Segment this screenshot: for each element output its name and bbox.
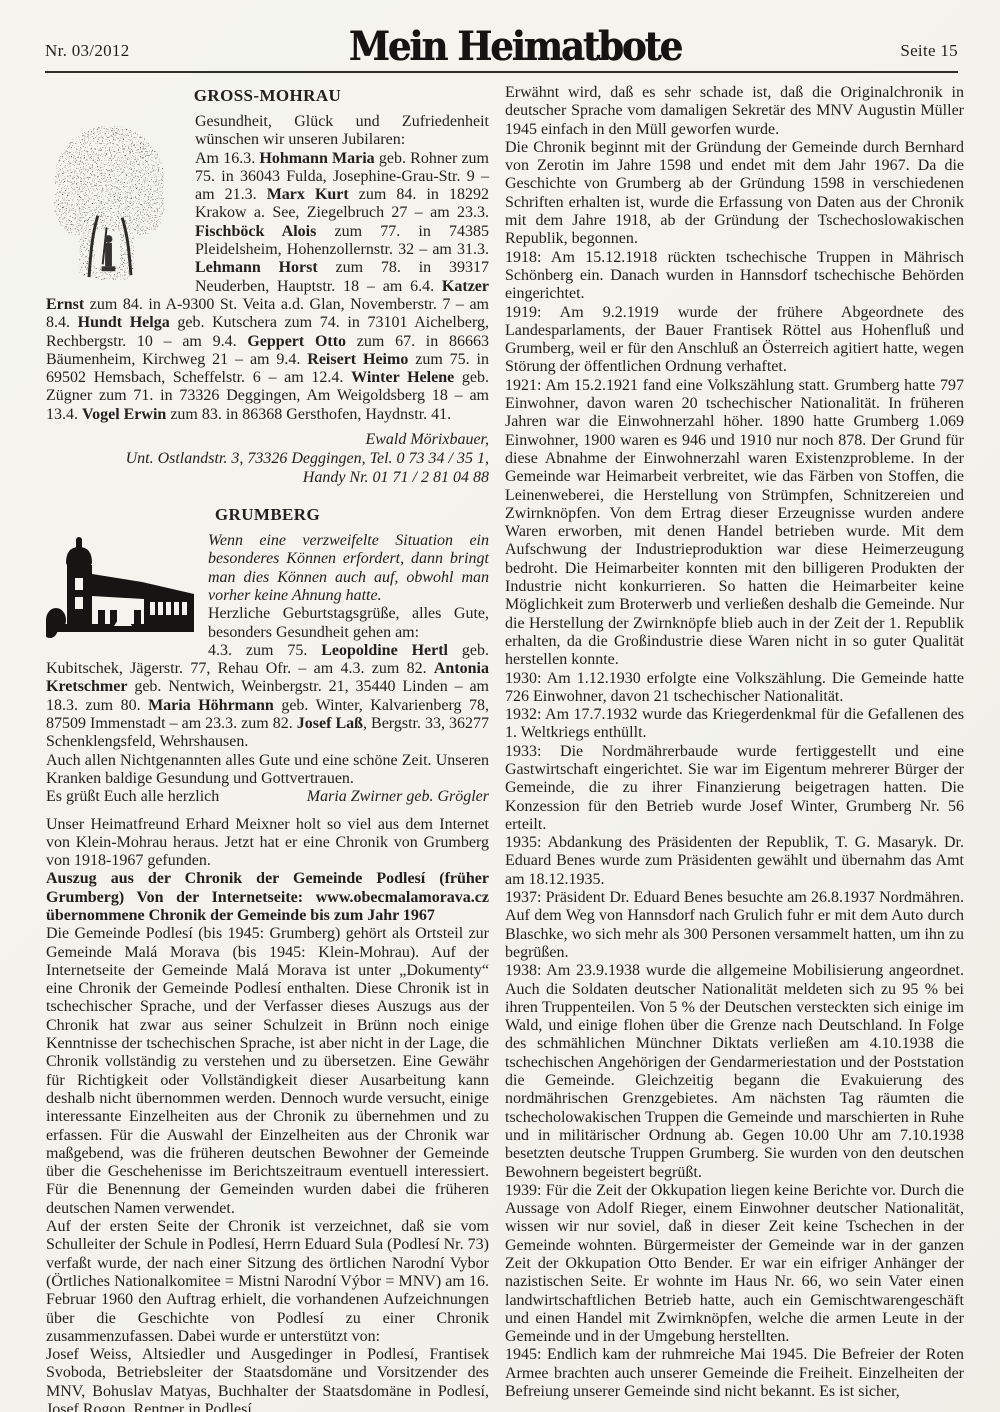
issue-number: Nr. 03/2012 bbox=[45, 41, 130, 63]
chronik-paragraph: Josef Weiss, Altsiedler und Ausgedinger … bbox=[46, 1346, 489, 1412]
chronik-paragraph: Erwähnt wird, daß es sehr schade ist, da… bbox=[505, 84, 964, 139]
signature-address: Unt. Ostlandstr. 3, 73326 Deggingen, Tel… bbox=[46, 449, 489, 468]
newspaper-page: Nr. 03/2012 Mein Heimatbote Seite 15 GRO… bbox=[0, 0, 1000, 1412]
chronik-paragraph: 1935: Abdankung des Präsidenten der Repu… bbox=[505, 834, 964, 889]
church-illustration-image bbox=[46, 536, 196, 649]
chronik-paragraph: Die Chronik beginnt mit der Gründung der… bbox=[505, 139, 964, 249]
right-column: Erwähnt wird, daß es sehr schade ist, da… bbox=[505, 84, 964, 1412]
page-header: Nr. 03/2012 Mein Heimatbote Seite 15 bbox=[45, 30, 958, 73]
chronik-paragraph: Die Gemeinde Podlesí (bis 1945: Grumberg… bbox=[46, 925, 489, 1218]
chronik-intro: Unser Heimatfreund Erhard Meixner holt s… bbox=[46, 816, 489, 871]
section-title-gross-mohrau: GROSS-MOHRAU bbox=[46, 86, 489, 106]
chronik-paragraph: 1932: Am 17.7.1932 wurde das Kriegerdenk… bbox=[505, 706, 964, 743]
chronik-paragraph: 1918: Am 15.12.1918 rückten tschechische… bbox=[505, 249, 964, 304]
tree-illustration-image bbox=[52, 119, 167, 290]
chronik-paragraph: Auf der ersten Seite der Chronik ist ver… bbox=[46, 1218, 489, 1346]
left-column: GROSS-MOHRAU bbox=[46, 84, 489, 1412]
chronik-paragraph: 1937: Präsident Dr. Eduard Benes besucht… bbox=[505, 889, 964, 962]
section-title-grumberg: GRUMBERG bbox=[46, 505, 489, 525]
signature-name: Ewald Mörixbauer, bbox=[46, 430, 489, 449]
signature-block: Ewald Mörixbauer, Unt. Ostlandstr. 3, 73… bbox=[46, 430, 489, 487]
chronik-paragraph: 1933: Die Nordmährerbaude wurde fertigge… bbox=[505, 743, 964, 834]
closing-signature: Maria Zwirner geb. Grögler bbox=[307, 788, 489, 806]
chronik-paragraph: 1921: Am 15.2.1921 fand eine Volkszählun… bbox=[505, 377, 964, 670]
page-number: Seite 15 bbox=[900, 41, 958, 63]
chronik-heading: Auszug aus der Chronik der Gemeinde Podl… bbox=[46, 870, 489, 925]
jubilare-list-grumberg: 4.3. zum 75. Leopoldine Hertl geb. Kubit… bbox=[46, 642, 489, 752]
chronik-paragraph: 1939: Für die Zeit der Okkupation liegen… bbox=[505, 1182, 964, 1347]
closing-line: Es grüßt Euch alle herzlich Maria Zwirne… bbox=[46, 788, 489, 806]
closing-greeting: Es grüßt Euch alle herzlich bbox=[46, 788, 219, 806]
signature-phone: Handy Nr. 01 71 / 2 81 04 88 bbox=[46, 468, 489, 487]
article-columns: GROSS-MOHRAU bbox=[46, 84, 964, 1412]
chronik-paragraph: 1930: Am 1.12.1930 erfolgte eine Volkszä… bbox=[505, 670, 964, 707]
chronik-paragraph: 1919: Am 9.2.1919 wurde der frühere Abge… bbox=[505, 304, 964, 377]
chronik-paragraph: 1938: Am 23.9.1938 wurde die allgemeine … bbox=[505, 962, 964, 1182]
masthead-title: Mein Heimatbote bbox=[349, 29, 681, 65]
chronik-paragraph: 1945: Endlich kam der ruhmreiche Mai 194… bbox=[505, 1346, 964, 1401]
wishes-text: Auch allen Nichtgenannten alles Gute und… bbox=[46, 752, 489, 789]
